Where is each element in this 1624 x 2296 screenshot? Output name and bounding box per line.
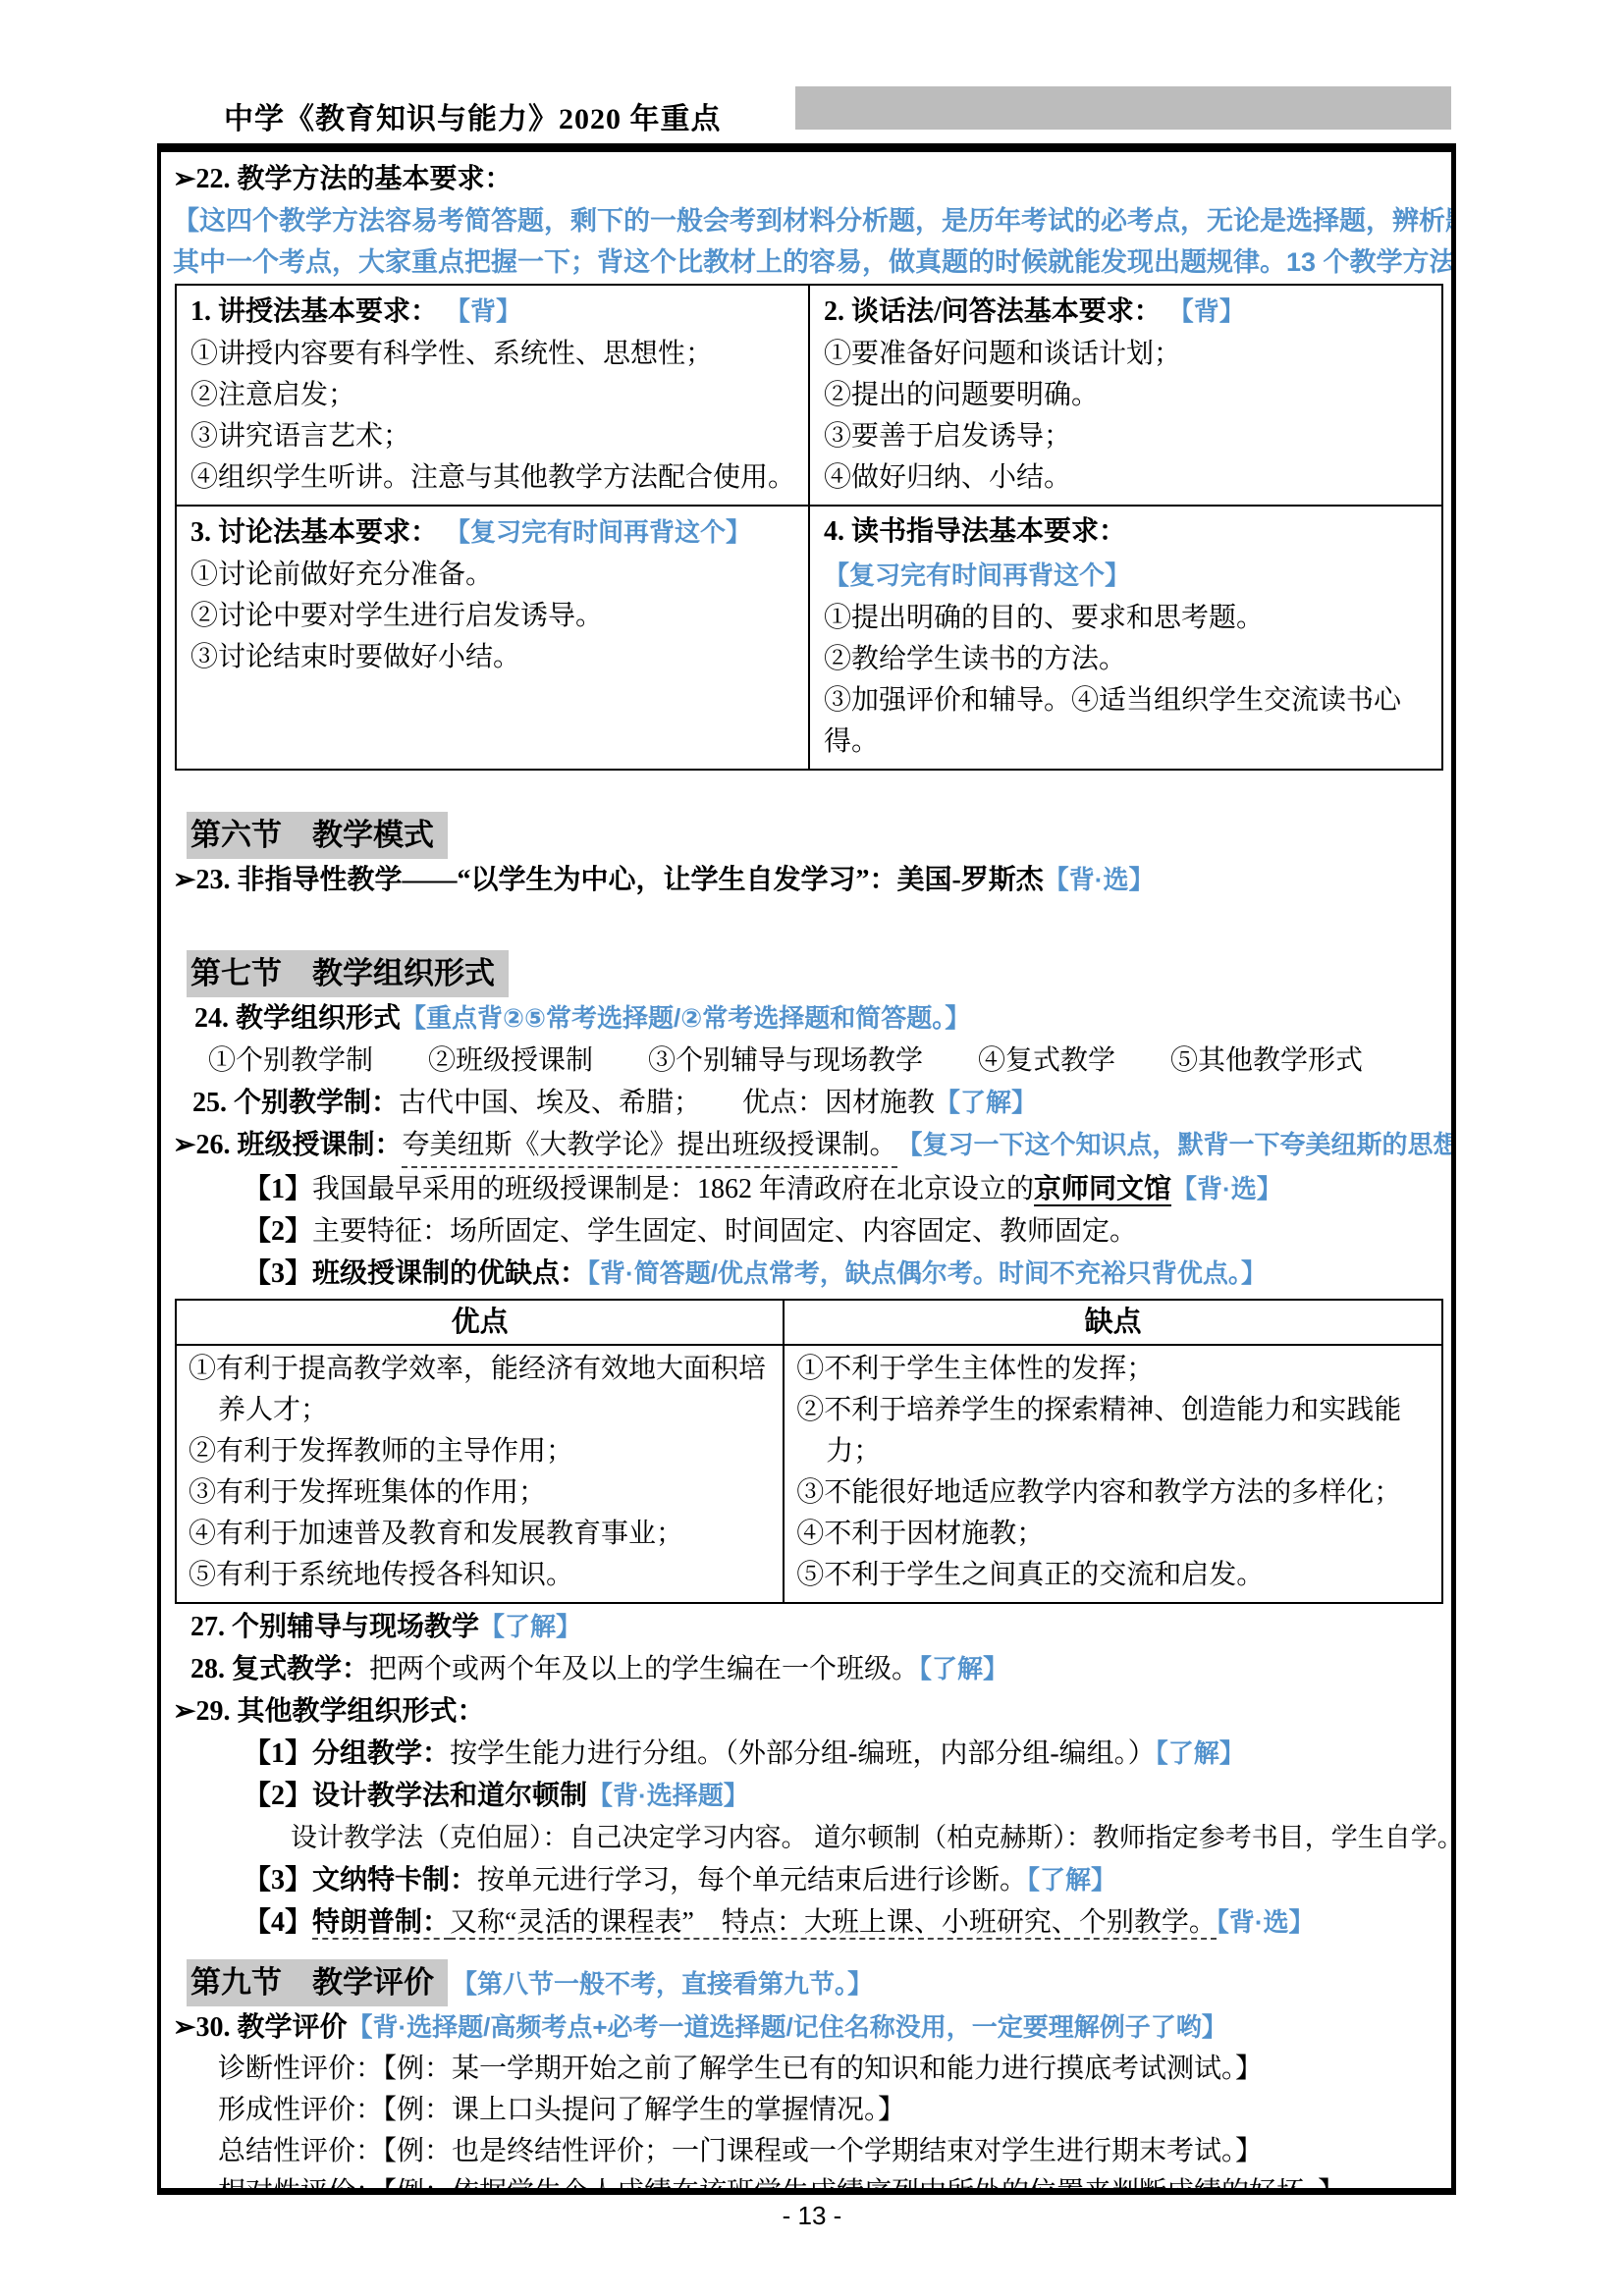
cell-item: ③讨论结束时要做好小结。 xyxy=(190,637,796,678)
eval-label: 诊断性评价： xyxy=(218,2054,383,2084)
eval-example: 【例：课上口头提问了解学生的掌握情况。】 xyxy=(383,2095,905,2125)
cell-item: ③要善于启发诱导； xyxy=(824,416,1430,457)
section-9: 第九节 教学评价 【第八节一般不考，直接看第九节。】 xyxy=(173,1959,1437,2006)
item-22-title: 22. 教学方法的基本要求： xyxy=(195,164,512,194)
teaching-methods-table: 1. 讲授法基本要求： 【背】 ①讲授内容要有科学性、系统性、思想性； ②注意启… xyxy=(175,284,1443,771)
content-box: ➢22. 教学方法的基本要求： 【这四个教学方法容易考简答题，剩下的一般会考到材… xyxy=(157,143,1456,2195)
bracket-number: 【3】 xyxy=(244,1865,312,1896)
item-29-sub-1: 【1】分组教学：按学生能力进行分组。（外部分组-编班，内部分组-编组。）【了解】 xyxy=(244,1733,1437,1775)
know-tag: 【了解】 xyxy=(919,1654,1008,1683)
eval-label: 形成性评价： xyxy=(218,2095,383,2125)
section-6: 第六节 教学模式 xyxy=(173,812,1437,859)
know-tag: 【了解】 xyxy=(1156,1738,1245,1768)
item-27-label: 27. 个别辅导与现场教学 xyxy=(190,1612,479,1642)
table-cell-reading-guidance-method: 4. 读书指导法基本要求： 【复习完有时间再背这个】 ①提出明确的目的、要求和思… xyxy=(809,506,1442,770)
pros-header: 优点 xyxy=(176,1300,784,1345)
item-24: 24. 教学组织形式【重点背②⑤常考选择题/②常考选择题和简答题。】 xyxy=(194,997,1437,1040)
eval-example: 【例：依据学生个人成绩在该班学生成绩序列中所处的位置来判断成绩的好坏。】 xyxy=(383,2177,1345,2195)
arrow-bullet-icon: ➢ xyxy=(173,164,195,194)
sub-text: 按学生能力进行分组。（外部分组-编班，内部分组-编组。） xyxy=(450,1738,1156,1769)
eval-relative: 相对性评价：【例：依据学生个人成绩在该班学生成绩序列中所处的位置来判断成绩的好坏… xyxy=(218,2172,1437,2195)
cons-header: 缺点 xyxy=(784,1300,1442,1345)
item-29-sub-2: 【2】设计教学法和道尔顿制【背·选择题】 xyxy=(244,1775,1437,1817)
page-title: 中学《教育知识与能力》2020 年重点 xyxy=(224,94,722,137)
eval-formative: 形成性评价：【例：课上口头提问了解学生的掌握情况。】 xyxy=(218,2090,1437,2131)
cell-title-text: 4. 读书指导法基本要求： xyxy=(824,516,1126,547)
cell-item: ②注意启发； xyxy=(190,375,796,416)
cell-title-text: 3. 讨论法基本要求： xyxy=(190,517,438,548)
item-24-options: ①个别教学制 ②班级授课制 ③个别辅导与现场教学 ④复式教学 ⑤其他教学形式 xyxy=(208,1040,1437,1082)
bracket-number: 【2】 xyxy=(244,1781,312,1811)
know-tag: 【了解】 xyxy=(1027,1865,1116,1895)
pros-item: ⑤有利于系统地传授各科知识。 xyxy=(189,1555,773,1596)
cons-item: ①不利于学生主体性的发挥； xyxy=(796,1349,1432,1390)
memorize-tag: 【背】 xyxy=(1168,296,1245,326)
section-heading-teaching-models: 第六节 教学模式 xyxy=(187,812,448,859)
memorize-tag: 【背·选】 xyxy=(1217,1907,1315,1937)
section-9-note-tag: 【第八节一般不考，直接看第九节。】 xyxy=(452,1969,873,1999)
eval-diagnostic: 诊断性评价：【例：某一学期开始之前了解学生已有的知识和能力进行摸底考试测试。】 xyxy=(218,2049,1437,2090)
item-26-sub-1: 【1】我国最早采用的班级授课制是：1862 年清政府在北京设立的京师同文馆【背·… xyxy=(244,1168,1437,1210)
item-22: ➢22. 教学方法的基本要求： xyxy=(173,158,1437,200)
cell-item: ②提出的问题要明确。 xyxy=(824,375,1430,416)
review-tag: 【复习一下这个知识点，默背一下夸美纽斯的思想】 xyxy=(897,1124,1457,1168)
pros-item: ④有利于加速普及教育和发展教育事业； xyxy=(189,1514,773,1555)
memorize-tag: 【背】 xyxy=(445,296,521,326)
sub-label: 特朗普制： xyxy=(312,1907,450,1940)
cell-item: ①要准备好问题和谈话计划； xyxy=(824,334,1430,375)
item-26-label: 26. 班级授课制： xyxy=(195,1124,402,1168)
item-29-sub-4: 【4】特朗普制：又称“灵活的课程表” 特点：大班上课、小班研究、个别教学。【背·… xyxy=(244,1901,1437,1944)
table-row: ①有利于提高教学效率，能经济有效地大面积培养人才； ②有利于发挥教师的主导作用；… xyxy=(176,1345,1442,1603)
memorize-tag: 【背·选】 xyxy=(1044,865,1155,894)
exam-note-line-2: 其中一个考点，大家重点把握一下；背这个比教材上的容易，做真题的时候就能发现出题规… xyxy=(173,241,1437,283)
cell-item: ④组织学生听讲。注意与其他教学方法配合使用。 xyxy=(190,457,796,499)
cell-title: 3. 讨论法基本要求： 【复习完有时间再背这个】 xyxy=(190,510,796,555)
cons-item: ③不能很好地适应教学内容和教学方法的多样化； xyxy=(796,1472,1432,1514)
item-24-label: 24. 教学组织形式 xyxy=(194,1003,401,1034)
bracket-number: 【2】 xyxy=(244,1216,312,1247)
cell-title-text: 2. 谈话法/问答法基本要求： xyxy=(824,296,1162,327)
table-row: 1. 讲授法基本要求： 【背】 ①讲授内容要有科学性、系统性、思想性； ②注意启… xyxy=(176,285,1442,506)
bracket-number: 【1】 xyxy=(244,1174,312,1204)
table-cell-discussion-method: 3. 讨论法基本要求： 【复习完有时间再背这个】 ①讨论前做好充分准备。 ②讨论… xyxy=(176,506,809,770)
bracket-number: 【3】 xyxy=(244,1258,312,1289)
cell-title: 1. 讲授法基本要求： 【背】 xyxy=(190,290,796,334)
know-tag: 【了解】 xyxy=(935,1088,1037,1117)
eval-label: 相对性评价： xyxy=(218,2177,383,2195)
cons-cell: ①不利于学生主体性的发挥； ②不利于培养学生的探索精神、创造能力和实践能力； ③… xyxy=(784,1345,1442,1603)
item-30: ➢30. 教学评价【背·选择题/高频考点+必考一道选择题/记住名称没用，一定要理… xyxy=(173,2006,1437,2049)
header-highlight-block xyxy=(795,86,1451,130)
sub-text: 又称“灵活的课程表” 特点：大班上课、小班研究、个别教学。 xyxy=(450,1907,1217,1940)
pros-cell: ①有利于提高教学效率，能经济有效地大面积培养人才； ②有利于发挥教师的主导作用；… xyxy=(176,1345,784,1603)
cons-item: ②不利于培养学生的探索精神、创造能力和实践能力； xyxy=(796,1390,1432,1472)
cell-title: 2. 谈话法/问答法基本要求： 【背】 xyxy=(824,290,1430,334)
item-30-label: 30. 教学评价 xyxy=(195,2012,347,2043)
sub-label: 文纳特卡制： xyxy=(312,1865,477,1896)
cons-item: ⑤不利于学生之间真正的交流和启发。 xyxy=(796,1555,1432,1596)
bracket-number: 【4】 xyxy=(244,1907,312,1938)
memorize-tag: 【背·选择题/高频考点+必考一道选择题/记住名称没用，一定要理解例子了哟】 xyxy=(347,2012,1226,2042)
table-header-row: 优点 缺点 xyxy=(176,1300,1442,1345)
cell-item: ②讨论中要对学生进行启发诱导。 xyxy=(190,596,796,637)
sub-text: 主要特征：场所固定、学生固定、时间固定、内容固定、教师固定。 xyxy=(312,1216,1137,1247)
item-25-text: 古代中国、埃及、希腊； 优点：因材施教 xyxy=(399,1088,935,1118)
know-tag: 【了解】 xyxy=(479,1612,581,1641)
item-26-sub-3: 【3】班级授课制的优缺点：【背·简答题/优点常考，缺点偶尔考。时间不充裕只背优点… xyxy=(244,1253,1437,1295)
table-cell-lecture-method: 1. 讲授法基本要求： 【背】 ①讲授内容要有科学性、系统性、思想性； ②注意启… xyxy=(176,285,809,506)
key-term-underlined: 京师同文馆 xyxy=(1034,1174,1171,1206)
item-29: ➢29. 其他教学组织形式： xyxy=(173,1690,1437,1733)
memorize-tag: 【背·选】 xyxy=(1171,1174,1282,1203)
sub-text: 按单元进行学习，每个单元结束后进行诊断。 xyxy=(477,1865,1027,1896)
sub-label: 分组教学： xyxy=(312,1738,450,1769)
arrow-bullet-icon: ➢ xyxy=(173,2012,195,2043)
page-number: - 13 - xyxy=(0,2201,1624,2231)
memorize-tag: 【复习完有时间再背这个】 xyxy=(445,517,751,547)
item-23-text: 23. 非指导性教学——“以学生为中心，让学生自发学习”：美国-罗斯杰 xyxy=(195,865,1043,895)
item-25-label: 25. 个别教学制： xyxy=(192,1088,399,1118)
item-25: 25. 个别教学制：古代中国、埃及、希腊； 优点：因材施教【了解】 xyxy=(192,1082,1437,1124)
section-heading-teaching-evaluation: 第九节 教学评价 xyxy=(187,1959,448,2006)
pros-cons-table: 优点 缺点 ①有利于提高教学效率，能经济有效地大面积培养人才； ②有利于发挥教师… xyxy=(175,1299,1443,1604)
item-29-sub-2-detail: 设计教学法（克伯屈）：自己决定学习内容。 道尔顿制（柏克赫斯）：教师指定参考书目… xyxy=(291,1817,1437,1859)
cell-item: ①提出明确的目的、要求和思考题。 xyxy=(824,598,1430,639)
cell-item: ①讲授内容要有科学性、系统性、思想性； xyxy=(190,334,796,375)
sub-label: 班级授课制的优缺点： xyxy=(312,1258,587,1289)
table-cell-conversation-method: 2. 谈话法/问答法基本要求： 【背】 ①要准备好问题和谈话计划； ②提出的问题… xyxy=(809,285,1442,506)
item-26-sub-2: 【2】主要特征：场所固定、学生固定、时间固定、内容固定、教师固定。 xyxy=(244,1210,1437,1253)
memorize-tag: 【背·选择题】 xyxy=(587,1781,749,1810)
sub-label: 设计教学法和道尔顿制 xyxy=(312,1781,587,1811)
arrow-bullet-icon: ➢ xyxy=(173,1124,195,1168)
bracket-number: 【1】 xyxy=(244,1738,312,1769)
item-28-label: 28. 复式教学： xyxy=(190,1654,369,1684)
cons-item: ④不利于因材施教； xyxy=(796,1514,1432,1555)
item-29-sub-3: 【3】文纳特卡制：按单元进行学习，每个单元结束后进行诊断。【了解】 xyxy=(244,1859,1437,1901)
eval-summative: 总结性评价：【例：也是终结性评价；一门课程或一个学期结束对学生进行期末考试。】 xyxy=(218,2131,1437,2172)
arrow-bullet-icon: ➢ xyxy=(173,1696,195,1727)
eval-label: 总结性评价： xyxy=(218,2136,383,2166)
cell-item: ①讨论前做好充分准备。 xyxy=(190,555,796,596)
pros-item: ②有利于发挥教师的主导作用； xyxy=(189,1431,773,1472)
cell-item: ②教给学生读书的方法。 xyxy=(824,639,1430,680)
cell-item: ③加强评价和辅导。④适当组织学生交流读书心得。 xyxy=(824,680,1430,763)
memorize-tag: 【重点背②⑤常考选择题/②常考选择题和简答题。】 xyxy=(401,1003,970,1033)
item-27: 27. 个别辅导与现场教学【了解】 xyxy=(190,1606,1437,1648)
pros-item: ①有利于提高教学效率，能经济有效地大面积培养人才； xyxy=(189,1349,773,1431)
exam-note-line-1: 【这四个教学方法容易考简答题，剩下的一般会考到材料分析题，是历年考试的必考点，无… xyxy=(173,200,1437,241)
memorize-tag: 【复习完有时间再背这个】 xyxy=(824,561,1130,590)
item-26-underlined-text: 夸美纽斯《大教学论》提出班级授课制。 xyxy=(402,1124,896,1168)
sub-text: 我国最早采用的班级授课制是：1862 年清政府在北京设立的 xyxy=(312,1174,1034,1204)
pros-item: ③有利于发挥班集体的作用； xyxy=(189,1472,773,1514)
cell-item: ④做好归纳、小结。 xyxy=(824,457,1430,499)
eval-example: 【例：某一学期开始之前了解学生已有的知识和能力进行摸底考试测试。】 xyxy=(383,2054,1263,2084)
item-28: 28. 复式教学：把两个或两个年及以上的学生编在一个班级。【了解】 xyxy=(190,1648,1437,1690)
cell-title: 4. 读书指导法基本要求： 【复习完有时间再背这个】 xyxy=(824,510,1430,598)
section-heading-teaching-organization: 第七节 教学组织形式 xyxy=(187,950,509,997)
memorize-tag: 【背·简答题/优点常考，缺点偶尔考。时间不充裕只背优点。】 xyxy=(587,1258,1267,1288)
section-7: 第七节 教学组织形式 xyxy=(173,950,1437,997)
cell-item: ③讲究语言艺术； xyxy=(190,416,796,457)
item-26: ➢26. 班级授课制：夸美纽斯《大教学论》提出班级授课制。【复习一下这个知识点，… xyxy=(173,1124,1437,1168)
arrow-bullet-icon: ➢ xyxy=(173,865,195,895)
item-23: ➢23. 非指导性教学——“以学生为中心，让学生自发学习”：美国-罗斯杰【背·选… xyxy=(173,859,1437,901)
eval-example: 【例：也是终结性评价；一门课程或一个学期结束对学生进行期末考试。】 xyxy=(383,2136,1263,2166)
table-row: 3. 讨论法基本要求： 【复习完有时间再背这个】 ①讨论前做好充分准备。 ②讨论… xyxy=(176,506,1442,770)
item-29-label: 29. 其他教学组织形式： xyxy=(195,1696,484,1727)
cell-title-text: 1. 讲授法基本要求： xyxy=(190,296,438,327)
item-28-text: 把两个或两个年及以上的学生编在一个班级。 xyxy=(369,1654,919,1684)
